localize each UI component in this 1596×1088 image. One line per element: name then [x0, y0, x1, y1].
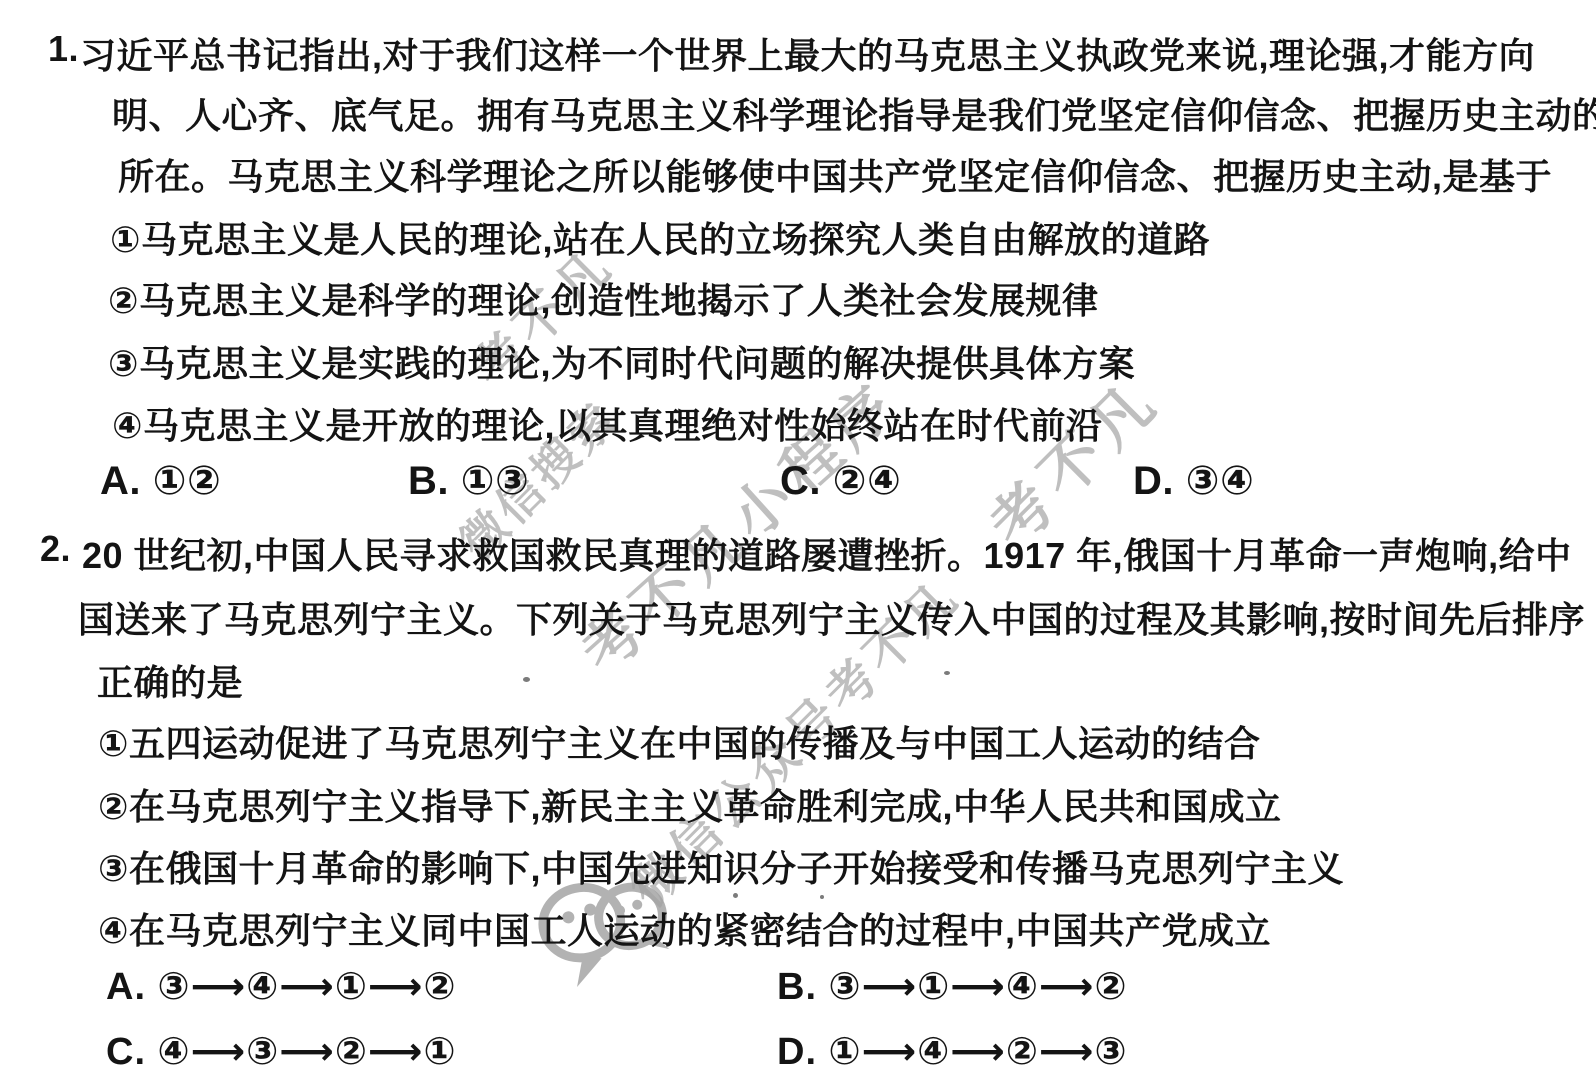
choice-a: A. ①② — [100, 458, 221, 504]
question-first-line: 20 世纪初,中国人民寻求救国救民真理的道路屡遭挫折。1917 年,俄国十月革命… — [82, 528, 1572, 579]
sub-option-2: ②在马克思列宁主义指导下,新民主主义革命胜利完成,中华人民共和国成立 — [98, 779, 1282, 830]
choice-d: D. ③④ — [1133, 458, 1254, 504]
question-first-line: 习近平总书记指出,对于我们这样一个世界上最大的马克思主义执政党来说,理论强,才能… — [80, 28, 1535, 79]
exam-scan-page: 微信搜索考不凡考不凡小程序考不凡微信公众号考不凡 1. 习近平总书记指出,对于我… — [0, 0, 1596, 1088]
question-number: 2. — [40, 528, 71, 570]
question-text-layer: 1. 习近平总书记指出,对于我们这样一个世界上最大的马克思主义执政党来说,理论强… — [0, 0, 1596, 1088]
choice-a: A. ③⟶④⟶①⟶② — [106, 964, 457, 1009]
question-line: 所在。马克思主义科学理论之所以能够使中国共产党坚定信仰信念、把握历史主动,是基于 — [118, 149, 1552, 200]
sub-option-3: ③马克思主义是实践的理论,为不同时代问题的解决提供具体方案 — [108, 336, 1135, 387]
choice-c: C. ④⟶③⟶②⟶① — [106, 1029, 457, 1074]
sub-option-4: ④马克思主义是开放的理论,以其真理绝对性始终站在时代前沿 — [112, 398, 1102, 449]
choice-b: B. ①③ — [408, 458, 529, 504]
question-line: 国送来了马克思列宁主义。下列关于马克思列宁主义传入中国的过程及其影响,按时间先后… — [78, 592, 1585, 643]
choice-c: C. ②④ — [780, 458, 901, 504]
question-line: 明、人心齐、底气足。拥有马克思主义科学理论指导是我们党坚定信仰信念、把握历史主动… — [112, 88, 1596, 139]
sub-option-3: ③在俄国十月革命的影响下,中国先进知识分子开始接受和传播马克思列宁主义 — [98, 841, 1344, 892]
question-line: 正确的是 — [97, 655, 243, 706]
choice-b: B. ③⟶①⟶④⟶② — [777, 964, 1128, 1009]
sub-option-1: ①五四运动促进了马克思列宁主义在中国的传播及与中国工人运动的结合 — [98, 716, 1260, 767]
sub-option-1: ①马克思主义是人民的理论,站在人民的立场探究人类自由解放的道路 — [110, 212, 1210, 263]
question-number: 1. — [48, 28, 79, 70]
sub-option-4: ④在马克思列宁主义同中国工人运动的紧密结合的过程中,中国共产党成立 — [98, 903, 1271, 954]
choice-d: D. ①⟶④⟶②⟶③ — [777, 1029, 1128, 1074]
sub-option-2: ②马克思主义是科学的理论,创造性地揭示了人类社会发展规律 — [108, 273, 1098, 324]
